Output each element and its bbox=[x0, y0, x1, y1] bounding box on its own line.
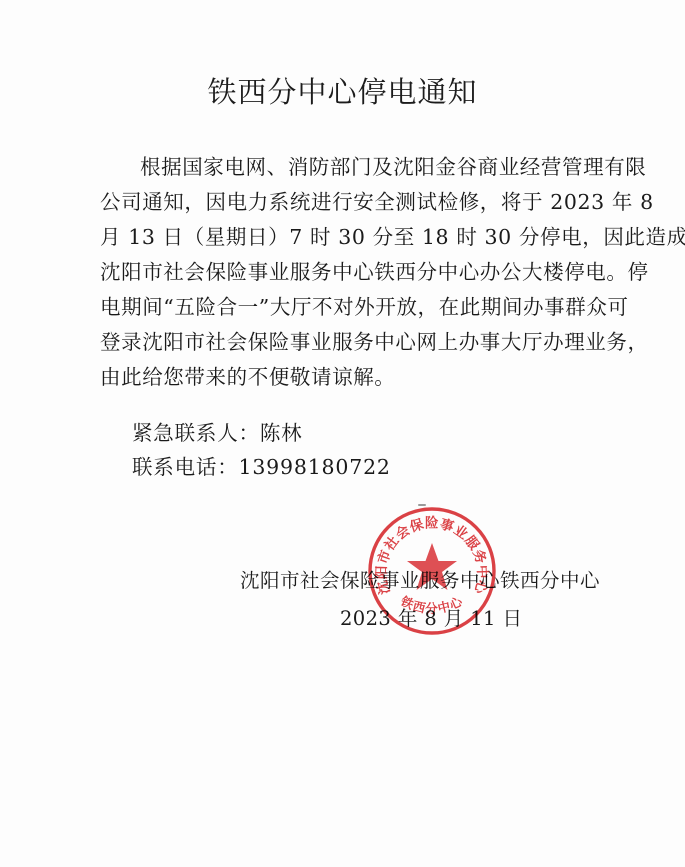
contact-phone: 联系电话：13998180722 bbox=[132, 452, 391, 482]
notice-body: 根据国家电网、消防部门及沈阳金谷商业经营管理有限 公司通知，因电力系统进行安全测… bbox=[100, 150, 592, 395]
body-line-5: 电期间“五险合一”大厅不对外开放，在此期间办事群众可 bbox=[100, 290, 592, 325]
body-line-2: 公司通知，因电力系统进行安全测试检修，将于 2023 年 8 bbox=[100, 185, 592, 220]
seal-star-icon bbox=[407, 543, 457, 590]
notice-page: 铁西分中心停电通知 根据国家电网、消防部门及沈阳金谷商业经营管理有限 公司通知，… bbox=[0, 0, 685, 867]
emergency-contact-label: 紧急联系人： bbox=[132, 421, 260, 445]
body-line-3: 月 13 日（星期日）7 时 30 分至 18 时 30 分停电，因此造成 bbox=[100, 220, 592, 255]
body-line-4: 沈阳市社会保险事业服务中心铁西分中心办公大楼停电。停 bbox=[100, 255, 592, 290]
body-line-1: 根据国家电网、消防部门及沈阳金谷商业经营管理有限 bbox=[100, 150, 592, 185]
official-seal-stamp: 沈阳市社会保险事业服务中心 铁西分中心 bbox=[366, 505, 498, 637]
body-line-7: 由此给您带来的不便敬请谅解。 bbox=[100, 360, 592, 395]
body-line-6: 登录沈阳市社会保险事业服务中心网上办事大厅办理业务， bbox=[100, 325, 592, 360]
contact-phone-number: 13998180722 bbox=[239, 455, 391, 479]
contact-phone-label: 联系电话： bbox=[132, 455, 239, 479]
svg-text:铁西分中心: 铁西分中心 bbox=[398, 593, 466, 616]
document-title: 铁西分中心停电通知 bbox=[0, 72, 685, 112]
emergency-contact: 紧急联系人：陈林 bbox=[132, 418, 302, 448]
emergency-contact-name: 陈林 bbox=[260, 421, 303, 445]
